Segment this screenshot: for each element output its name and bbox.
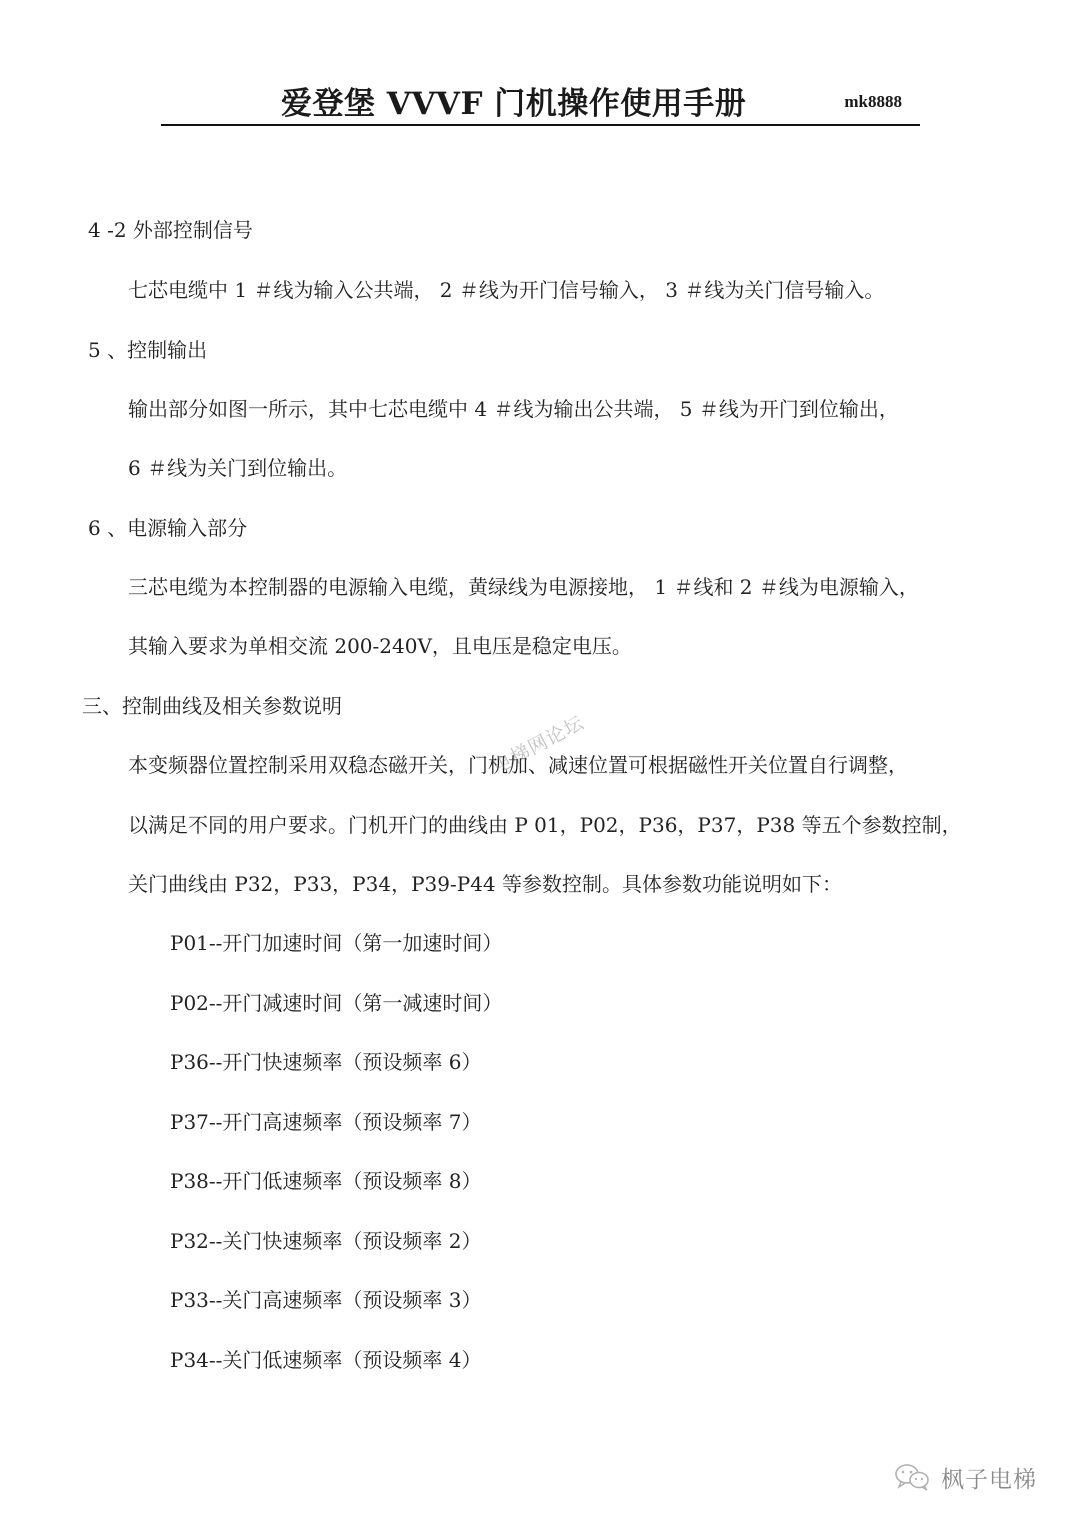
section-heading-3: 三、控制曲线及相关参数说明 (82, 694, 342, 718)
brand-label: 枫子电梯 (941, 1461, 1037, 1494)
document-header: 爱登堡 VVVF 门机操作使用手册 mk8888 (161, 78, 920, 126)
section-heading-5: 5 、控制输出 (88, 338, 207, 362)
document-code: mk8888 (844, 92, 902, 112)
paragraph-line: 七芯电缆中 1 ＃线为输入公共端， 2 ＃线为开门信号输入， 3 ＃线为关门信号… (128, 278, 884, 302)
parameter-item: P32--关门快速频率（预设频率 2） (170, 1229, 482, 1253)
brand-signature: 枫子电梯 (893, 1460, 1037, 1494)
section-heading-6: 6 、电源输入部分 (88, 516, 247, 540)
parameter-item: P36--开门快速频率（预设频率 6） (170, 1050, 482, 1074)
document-title: 爱登堡 VVVF 门机操作使用手册 (281, 78, 746, 123)
parameter-item: P01--开门加速时间（第一加速时间） (170, 931, 502, 955)
parameter-item: P34--关门低速频率（预设频率 4） (170, 1348, 482, 1372)
parameter-item: P02--开门减速时间（第一减速时间） (170, 991, 502, 1015)
section-heading-4-2: 4 -2 外部控制信号 (88, 218, 253, 242)
paragraph-line: 6 ＃线为关门到位输出。 (128, 456, 347, 480)
parameter-item: P33--关门高速频率（预设频率 3） (170, 1288, 482, 1312)
wechat-icon (893, 1462, 933, 1492)
parameter-item: P37--开门高速频率（预设频率 7） (170, 1110, 482, 1134)
parameter-item: P38--开门低速频率（预设频率 8） (170, 1169, 482, 1193)
paragraph-line: 三芯电缆为本控制器的电源输入电缆，黄绿线为电源接地， 1 ＃线和 2 ＃线为电源… (128, 575, 919, 599)
paragraph-line: 关门曲线由 P32，P33，P34，P39-P44 等参数控制。具体参数功能说明… (128, 872, 842, 896)
paragraph-line: 其输入要求为单相交流 200-240V，且电压是稳定电压。 (128, 634, 632, 658)
paragraph-line: 输出部分如图一所示，其中七芯电缆中 4 ＃线为输出公共端， 5 ＃线为开门到位输… (128, 397, 899, 421)
paragraph-line: 以满足不同的用户要求。门机开门的曲线由 P 01，P02，P36，P37，P38… (128, 813, 962, 837)
